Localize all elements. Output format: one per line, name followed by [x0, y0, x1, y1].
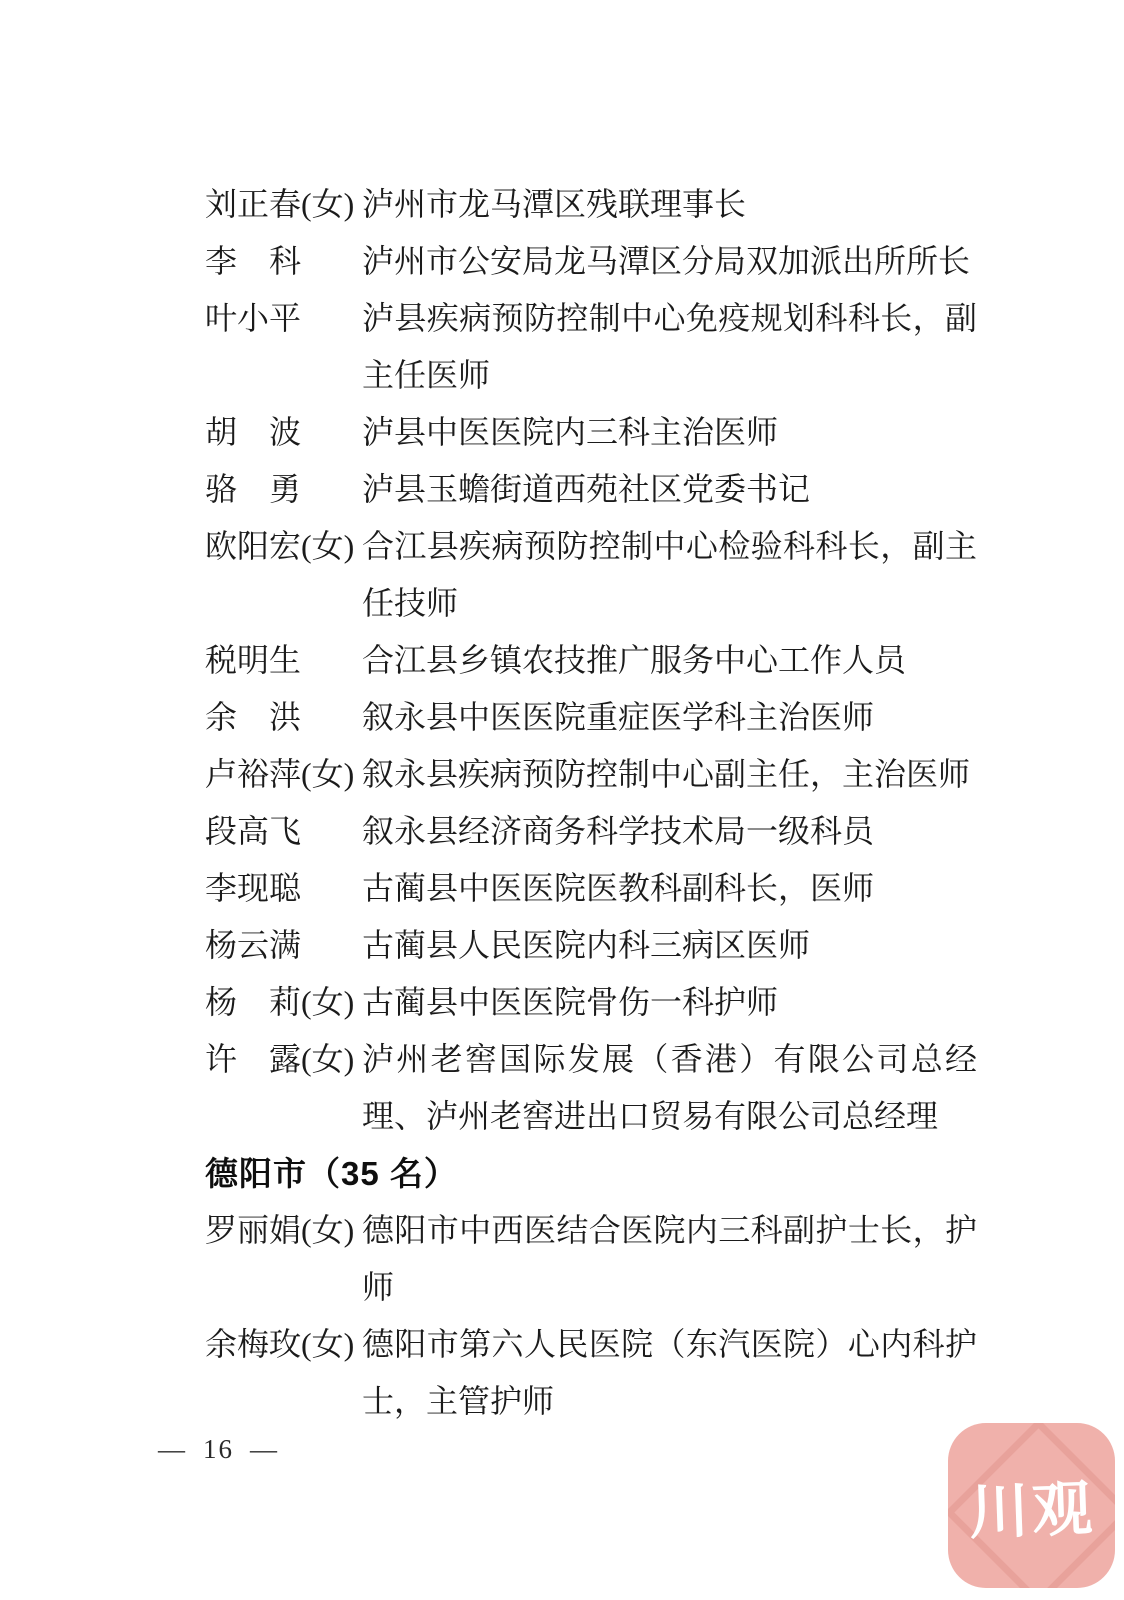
list-item: 胡 波 泸县中医医院内三科主治医师	[205, 404, 977, 461]
list-item: 叶小平 泸县疾病预防控制中心免疫规划科科长，副主任医师	[205, 290, 977, 404]
person-title: 叙永县疾病预防控制中心副主任，主治医师	[362, 746, 977, 803]
person-name: 李 科	[205, 233, 362, 290]
person-name: 许 露(女)	[205, 1031, 362, 1088]
list-item: 税明生 合江县乡镇农技推广服务中心工作人员	[205, 632, 977, 689]
logo-text: 川观	[967, 1460, 1096, 1550]
list-item: 骆 勇 泸县玉蟾街道西苑社区党委书记	[205, 461, 977, 518]
list-item: 许 露(女) 泸州老窖国际发展（香港）有限公司总经理、泸州老窖进出口贸易有限公司…	[205, 1031, 977, 1145]
list-item: 罗丽娟(女) 德阳市中西医结合医院内三科副护士长，护师	[205, 1202, 977, 1316]
person-title: 泸县疾病预防控制中心免疫规划科科长，副主任医师	[362, 290, 977, 404]
list-item: 李 科 泸州市公安局龙马潭区分局双加派出所所长	[205, 233, 977, 290]
footer-left-dash: —	[158, 1434, 187, 1464]
person-title: 泸州市龙马潭区残联理事长	[362, 176, 977, 233]
person-name: 李现聪	[205, 860, 362, 917]
person-title: 泸州市公安局龙马潭区分局双加派出所所长	[362, 233, 977, 290]
page-number: 16	[203, 1434, 234, 1464]
person-title: 叙永县中医医院重症医学科主治医师	[362, 689, 977, 746]
section-city: 德阳市	[205, 1155, 307, 1192]
person-name: 余梅玫(女)	[205, 1316, 362, 1373]
person-title: 德阳市第六人民医院（东汽医院）心内科护士，主管护师	[362, 1316, 977, 1430]
person-name: 罗丽娟(女)	[205, 1202, 362, 1259]
document-page: 刘正春(女) 泸州市龙马潭区残联理事长 李 科 泸州市公安局龙马潭区分局双加派出…	[0, 0, 1124, 1600]
section-header: 德阳市（35 名）	[205, 1145, 977, 1202]
list-item: 余 洪 叙永县中医医院重症医学科主治医师	[205, 689, 977, 746]
list-item: 欧阳宏(女) 合江县疾病预防控制中心检验科科长，副主任技师	[205, 518, 977, 632]
person-name: 叶小平	[205, 290, 362, 347]
person-title: 德阳市中西医结合医院内三科副护士长，护师	[362, 1202, 977, 1316]
list-item: 余梅玫(女) 德阳市第六人民医院（东汽医院）心内科护士，主管护师	[205, 1316, 977, 1430]
person-name: 刘正春(女)	[205, 176, 362, 233]
list-item: 李现聪 古蔺县中医医院医教科副科长，医师	[205, 860, 977, 917]
person-name: 段高飞	[205, 803, 362, 860]
person-title: 古蔺县中医医院骨伤一科护师	[362, 974, 977, 1031]
award-list: 刘正春(女) 泸州市龙马潭区残联理事长 李 科 泸州市公安局龙马潭区分局双加派出…	[205, 176, 977, 1430]
person-name: 骆 勇	[205, 461, 362, 518]
person-title: 古蔺县人民医院内科三病区医师	[362, 917, 977, 974]
person-title: 泸县玉蟾街道西苑社区党委书记	[362, 461, 977, 518]
list-sections: 刘正春(女) 泸州市龙马潭区残联理事长 李 科 泸州市公安局龙马潭区分局双加派出…	[205, 176, 977, 1430]
person-title: 泸州老窖国际发展（香港）有限公司总经理、泸州老窖进出口贸易有限公司总经理	[362, 1031, 977, 1145]
person-name: 卢裕萍(女)	[205, 746, 362, 803]
person-name: 欧阳宏(女)	[205, 518, 362, 575]
person-name: 杨云满	[205, 917, 362, 974]
person-title: 叙永县经济商务科学技术局一级科员	[362, 803, 977, 860]
person-name: 余 洪	[205, 689, 362, 746]
person-title: 古蔺县中医医院医教科副科长，医师	[362, 860, 977, 917]
list-item: 卢裕萍(女) 叙永县疾病预防控制中心副主任，主治医师	[205, 746, 977, 803]
person-name: 胡 波	[205, 404, 362, 461]
list-item: 段高飞 叙永县经济商务科学技术局一级科员	[205, 803, 977, 860]
person-title: 泸县中医医院内三科主治医师	[362, 404, 977, 461]
list-item: 杨 莉(女) 古蔺县中医医院骨伤一科护师	[205, 974, 977, 1031]
list-item: 杨云满 古蔺县人民医院内科三病区医师	[205, 917, 977, 974]
page-footer: —16—	[150, 1429, 287, 1469]
list-item: 刘正春(女) 泸州市龙马潭区残联理事长	[205, 176, 977, 233]
person-title: 合江县疾病预防控制中心检验科科长，副主任技师	[362, 518, 977, 632]
footer-right-dash: —	[250, 1434, 279, 1464]
person-name: 税明生	[205, 632, 362, 689]
section-count: （35 名）	[307, 1155, 458, 1192]
person-name: 杨 莉(女)	[205, 974, 362, 1031]
chuanguan-watermark-logo: 川观	[948, 1423, 1115, 1588]
person-title: 合江县乡镇农技推广服务中心工作人员	[362, 632, 977, 689]
